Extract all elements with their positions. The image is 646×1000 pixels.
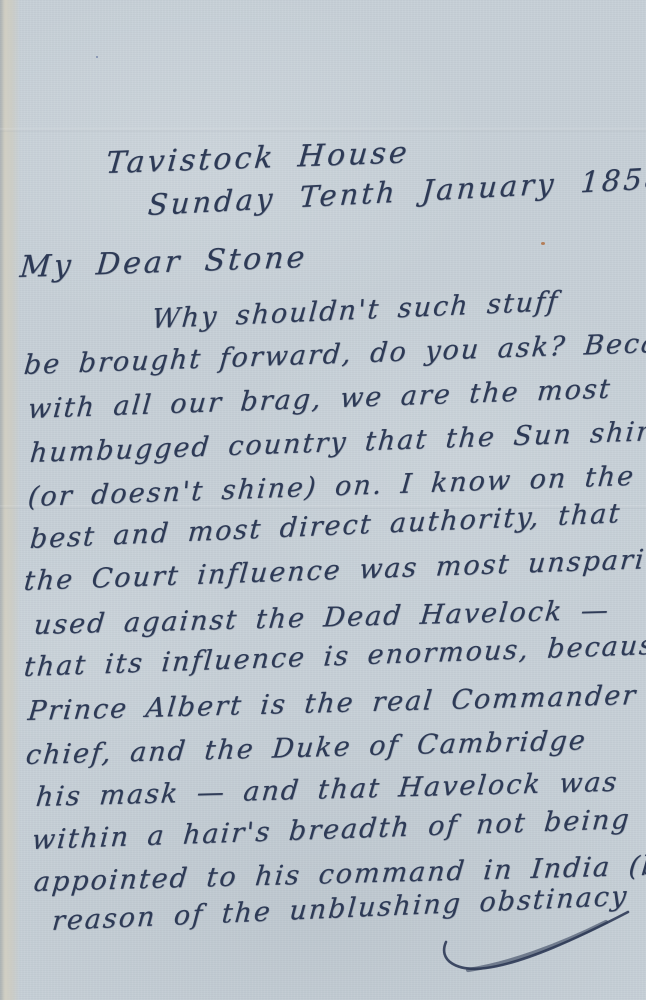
letter-scan-page: Tavistock House Sunday Tenth January 185… bbox=[0, 0, 646, 1000]
paper-deckle-edge bbox=[0, 0, 20, 1000]
pen-flourish bbox=[428, 902, 640, 980]
fold-crease bbox=[0, 128, 646, 132]
foxing-spot bbox=[541, 242, 545, 245]
ink-speck bbox=[96, 56, 98, 58]
